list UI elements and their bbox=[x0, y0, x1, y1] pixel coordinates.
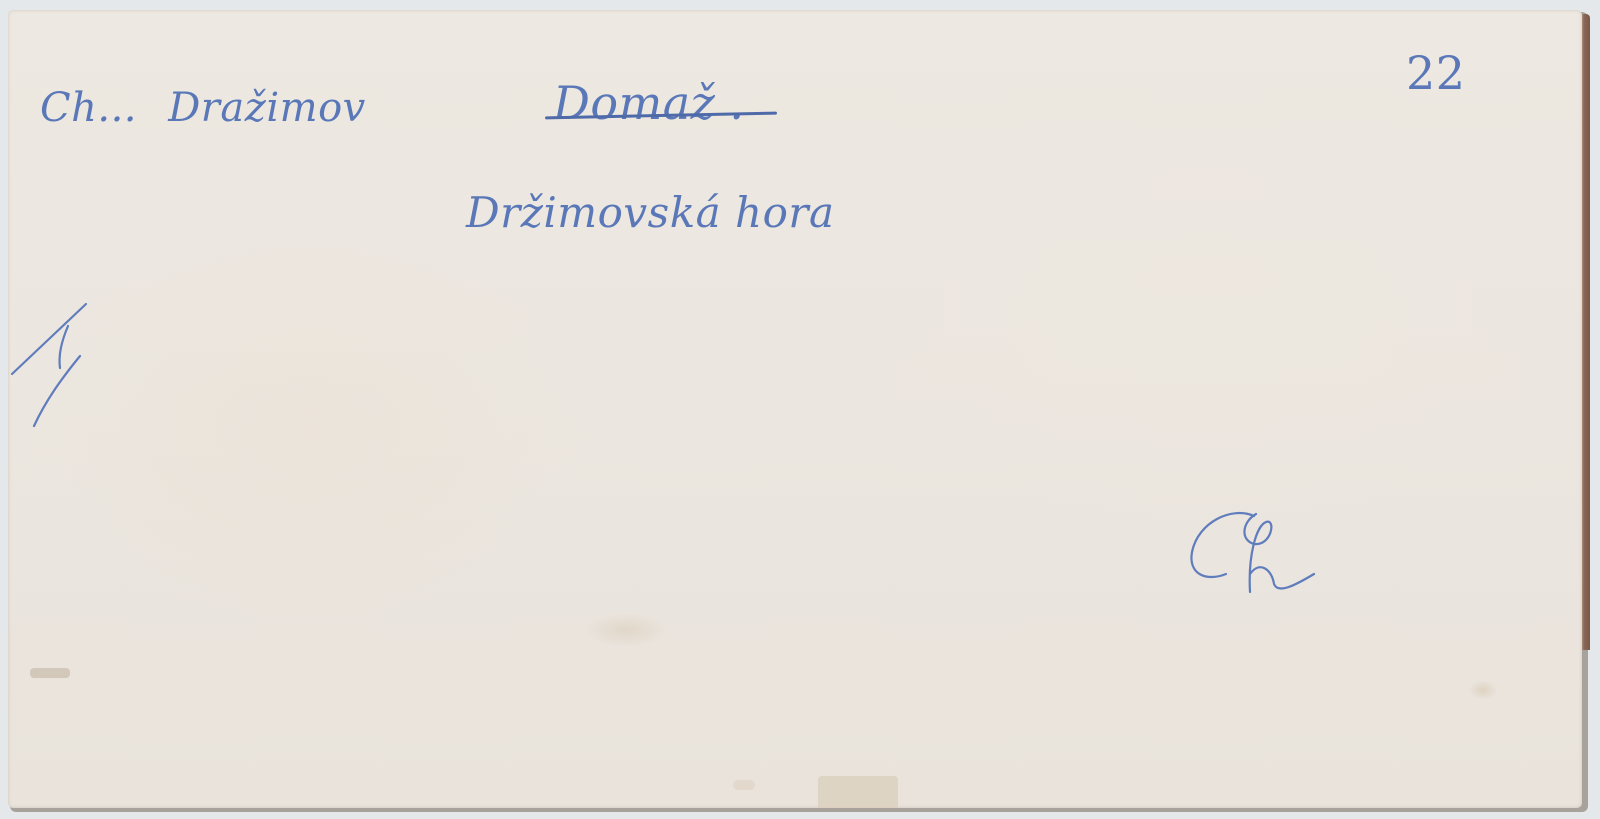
annotation-struck-word: Domaž. bbox=[553, 80, 744, 126]
annotation-line1: Ch... Dražimov bbox=[40, 88, 366, 128]
paper-tear-bottom bbox=[818, 776, 898, 808]
annotation-prefix: Ch... bbox=[40, 85, 137, 131]
margin-mark: 1/ bbox=[8, 296, 98, 436]
page-number-text: 22 bbox=[1406, 46, 1466, 100]
location-title: Držimovská hora bbox=[466, 188, 835, 237]
stain-bottom-left bbox=[30, 668, 70, 678]
page-number: 22 bbox=[1406, 50, 1466, 96]
scan-background: Ch... Dražimov Domaž. Držimovská hora 22… bbox=[0, 0, 1600, 819]
margin-mark-glyph bbox=[8, 296, 98, 436]
signature-glyph bbox=[1182, 504, 1322, 604]
annotation-title: Držimovská hora bbox=[466, 192, 835, 234]
struck-word-text: Domaž bbox=[553, 76, 715, 130]
signature: Ch bbox=[1182, 504, 1322, 604]
struck-word-period: . bbox=[729, 76, 744, 130]
card-back: Ch... Dražimov Domaž. Držimovská hora 22… bbox=[8, 10, 1582, 808]
annotation-place-name: Dražimov bbox=[168, 85, 366, 131]
stain-bottom-small bbox=[733, 780, 755, 790]
